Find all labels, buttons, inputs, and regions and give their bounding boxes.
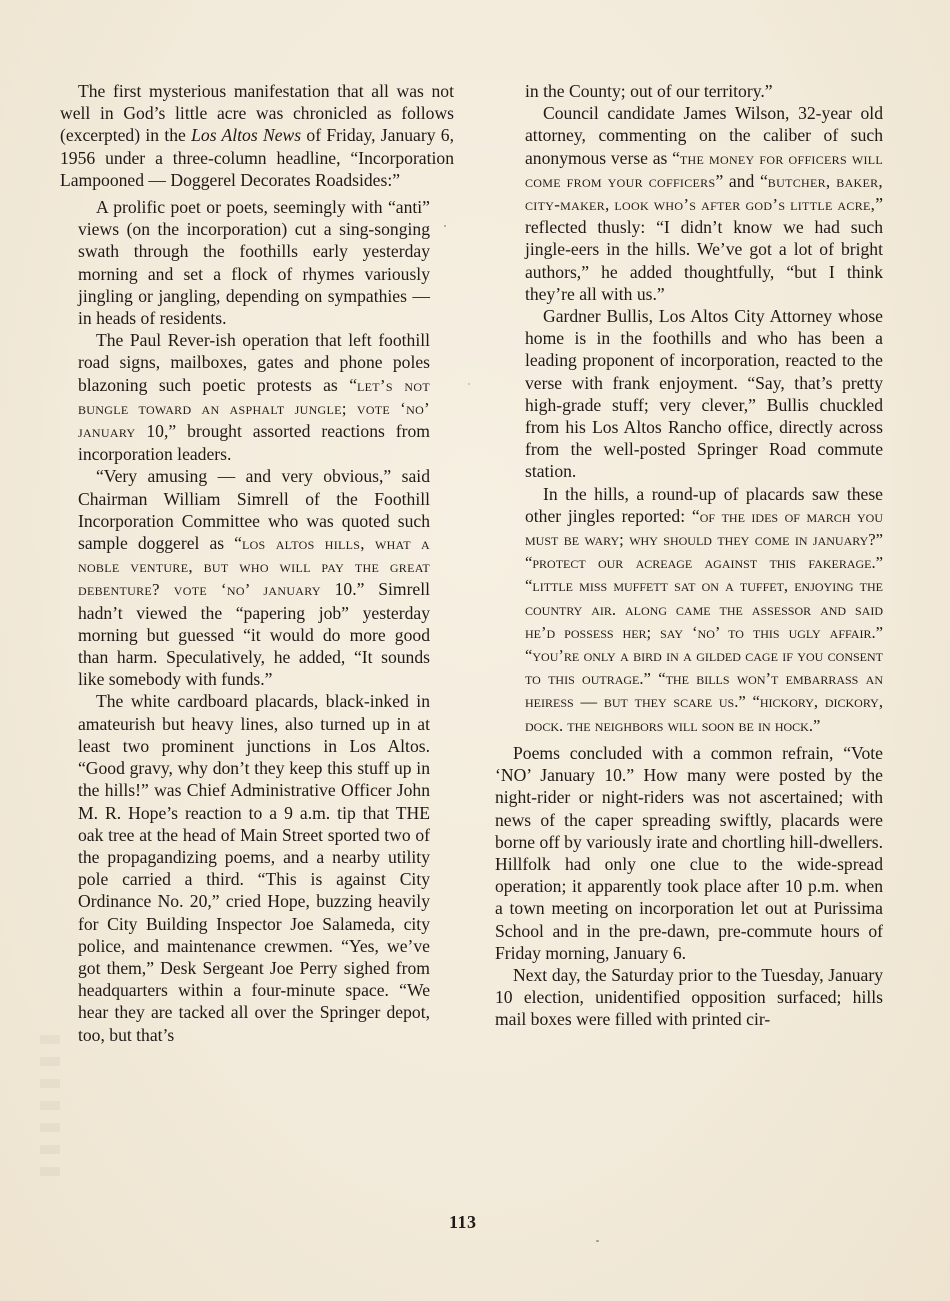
quoted-paragraph-2: The Paul Rever-ish operation that left f… (78, 329, 430, 465)
text: 10,” (135, 421, 176, 441)
right-column: in the County; out of our territory.” Co… (525, 80, 883, 1031)
verse-small-caps: Of the Ides of March you must be wary; w… (525, 507, 883, 735)
poems-paragraph: Poems concluded with a common refrain, “… (495, 742, 883, 964)
quoted-paragraph-1: A prolific poet or poets, seemingly with… (78, 196, 430, 329)
continuation-line: in the County; out of our territory.” (525, 80, 883, 102)
publication-title: Los Altos News (191, 125, 301, 145)
book-page: The first mysterious manifestation that … (0, 0, 950, 1301)
hills-paragraph: In the hills, a round-up of placards saw… (525, 483, 883, 737)
quoted-article: A prolific poet or poets, seemingly with… (78, 196, 430, 1046)
next-day-paragraph: Next day, the Saturday prior to the Tues… (495, 964, 883, 1031)
text: 10.” (321, 579, 365, 599)
intro-paragraph: The first mysterious manifestation that … (60, 80, 454, 191)
page-number: 113 (449, 1212, 477, 1233)
bullis-paragraph: Gardner Bullis, Los Altos City Attorney … (525, 305, 883, 483)
paper-speck (596, 1240, 599, 1242)
quoted-paragraph-3: “Very amusing — and very obvious,” said … (78, 465, 430, 690)
bleed-through-text (40, 1035, 60, 1185)
left-column: The first mysterious manifestation that … (60, 80, 454, 1046)
wilson-paragraph: Council candidate James Wilson, 32-year … (525, 102, 883, 305)
paper-speck (468, 383, 470, 385)
quoted-paragraph-4: The white cardboard placards, black-inke… (78, 690, 430, 1045)
text: ” and “ (715, 171, 767, 191)
paper-speck (444, 225, 446, 227)
